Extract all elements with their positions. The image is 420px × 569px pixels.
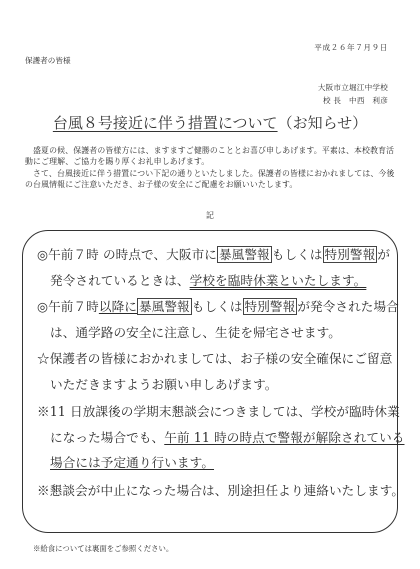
- school-name: 大阪市立堀江中学校: [318, 83, 388, 93]
- footer-note: ※給食については裏面をご参照ください。: [33, 543, 173, 554]
- notice-item-2-line-1: ◎午前７時以降に暴風警報もしくは特別警報が発令された場合: [37, 299, 399, 315]
- intro-paragraph-2: さて、台風接近に伴う措置につい下記の通りといたしました。保護者の皆様におかれまし…: [25, 168, 397, 191]
- notice-item-4-line-3: 場合には予定通り行います。: [50, 455, 214, 471]
- notice-item-1-line-2: 発令されているときは、学校を臨時休業といたします。: [50, 273, 366, 289]
- notice-item-1-line-1: ◎午前７時 の時点で、大阪市に暴風警報もしくは特別警報が: [37, 247, 390, 263]
- notice-item-4-line-1: ※11 日放課後の学期末懇談会につきましては、学校が臨時休業: [37, 404, 400, 420]
- storm-warning-label: 暴風警報: [137, 298, 192, 315]
- notice-item-4-line-2: になった場合でも、午前 11 時の時点で警報が解除されている: [50, 430, 404, 446]
- page-title: 台風８号接近に伴う措置について（お知らせ）: [0, 113, 420, 133]
- school-closure-emphasis: 学校を臨時休業といたします。: [190, 273, 367, 288]
- notice-item-3-line-1: ☆保護者の皆様におかれましては、お子様の安全確保にご留意: [37, 351, 392, 367]
- intro-body: 盛夏の候、保護者の皆様方には、ますますご健勝のこととお喜び申しあげます。平素は、…: [25, 145, 397, 190]
- notice-item-5-line-1: ※懇談会が中止になった場合は、別途担任より連絡いたします。: [37, 483, 404, 499]
- intro-paragraph-1: 盛夏の候、保護者の皆様方には、ますますご健勝のこととお喜び申しあげます。平素は、…: [25, 145, 397, 168]
- special-warning-label: 特別警報: [323, 246, 378, 263]
- recipient: 保護者の皆様: [25, 56, 71, 66]
- principal-name: 中西 利彦: [349, 96, 388, 106]
- notice-item-2-line-2: は、通学路の安全に注意し、生徒を帰宅させます。: [50, 325, 341, 341]
- principal: 校 長 中西 利彦: [323, 96, 388, 106]
- document-date: 平成２６年７月９日: [314, 43, 388, 53]
- special-warning-label: 特別警報: [243, 298, 298, 315]
- notice-item-3-line-2: いただきますようお願い申しあげます。: [50, 377, 277, 393]
- ki-heading: 記: [0, 210, 420, 221]
- storm-warning-label: 暴風警報: [217, 246, 272, 263]
- principal-title: 校 長: [323, 96, 341, 106]
- title-suffix: （お知らせ）: [278, 114, 368, 132]
- title-main: 台風８号接近に伴う措置について: [53, 114, 278, 132]
